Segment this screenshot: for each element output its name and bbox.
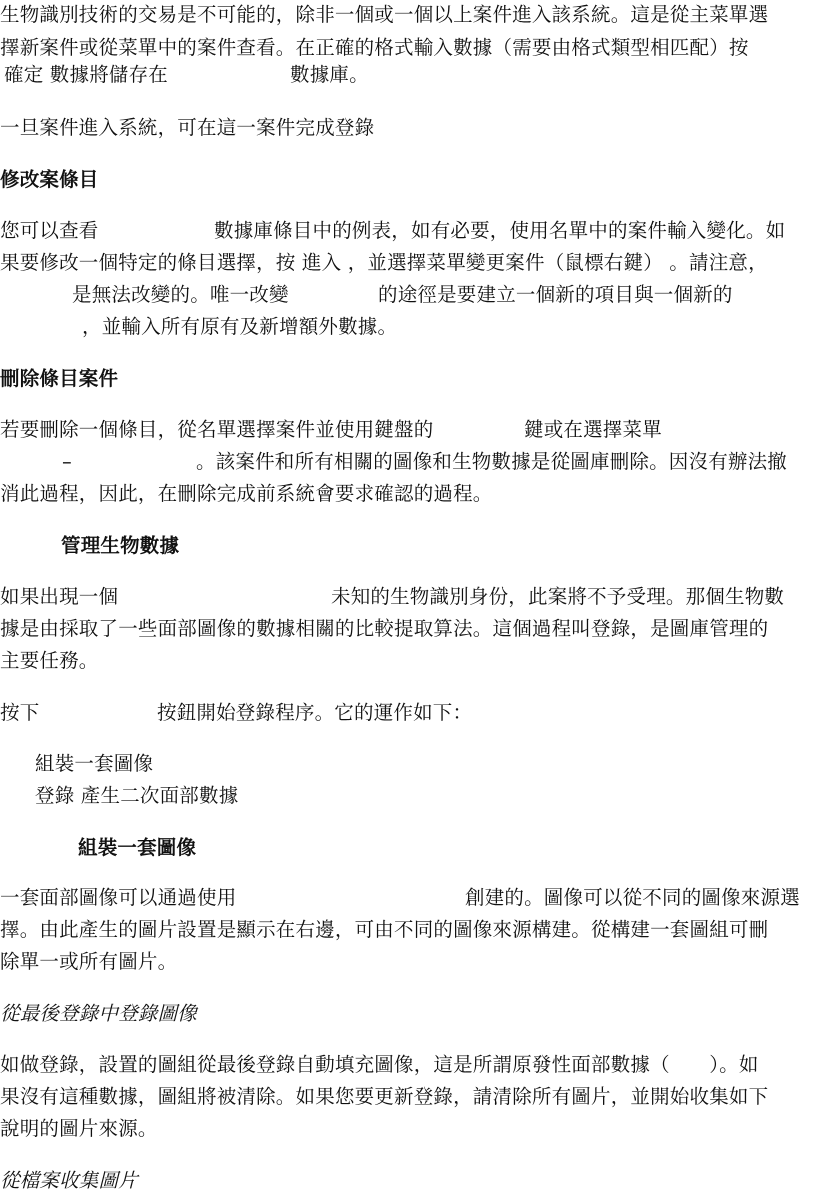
enroll-note: 一旦案件進入系統，可在這一案件完成登錄 (0, 116, 374, 140)
delete-line-3: 消此過程，因此，在刪除完成前系統會要求確認的過程。 (0, 482, 493, 506)
assemble-line-3: 除單一或所有圖片。 (0, 950, 177, 974)
delete-line-2-b: 。該案件和所有相關的圖像和生物數據是從圖庫刪除。因沒有辦法撤 (196, 450, 787, 474)
intro-line-3-b: 數據庫。 (290, 63, 369, 87)
manage-line-3: 主要任務。 (0, 649, 99, 673)
modify-line-1-b: 數據庫條目中的例表，如有必要，使用名單中的案件輸入變化。如 (214, 219, 785, 243)
modify-line-2: 果要修改一個特定的條目選擇，按 進入 ，並選擇菜單變更案件（鼠標右鍵） 。請注意… (0, 251, 768, 275)
delete-line-2-a: – (62, 450, 72, 474)
modify-line-4-text: ，並輸入所有原有及新增額外數據。 (82, 315, 397, 339)
heading-manage-text: 管理生物數據 (61, 534, 179, 558)
intro-line-2: 擇新案件或從菜單中的案件查看。在正確的格式輸入數據（需要由格式類型相匹配）按 (0, 36, 749, 60)
manage-line-1-a: 如果出現一個 (0, 585, 118, 609)
step-item-2-text: 登錄 產生二次面部數據 (35, 784, 238, 808)
assemble-line-1-b: 創建的。圖像可以從不同的圖像來源選 (465, 886, 800, 910)
step-item-1-text: 組裝一套圖像 (35, 752, 153, 776)
press-line-a: 按下 (0, 701, 39, 725)
last-enroll-line-3: 說明的圖片來源。 (0, 1117, 158, 1141)
last-enroll-line-1: 如做登錄，設置的圖組從最後登錄自動填充圖像，這是所謂原發性面部數據（ ）。如 (0, 1053, 759, 1077)
intro-line-3-a: 確定 數據將儲存在 (4, 63, 168, 87)
heading-delete: 刪除條目案件 (0, 367, 118, 391)
modify-line-1-a: 您可以查看 (0, 219, 99, 243)
heading-modify: 修改案條目 (0, 168, 99, 192)
heading-assemble-text: 組裝一套圖像 (78, 836, 196, 860)
last-enroll-line-2: 果沒有這種數據，圖組將被清除。如果您要更新登錄，請清除所有圖片，並開始收集如下 (0, 1085, 768, 1109)
delete-line-1-b: 鍵或在選擇菜單 (524, 418, 662, 442)
manage-line-2: 據是由採取了一些面部圖像的數據相關的比較提取算法。這個過程叫登錄，是圖庫管理的 (0, 617, 768, 641)
heading-from-file: 從檔案收集圖片 (0, 1169, 138, 1190)
intro-line-1: 生物識別技術的交易是不可能的，除非一個或一個以上案件進入該系統。這是從主菜單選 (0, 3, 768, 27)
press-line-b: 按鈕開始登錄程序。它的運作如下： (157, 701, 472, 725)
manage-line-1-b: 未知的生物識別身份，此案將不予受理。那個生物數 (331, 585, 784, 609)
delete-line-1-a: 若要刪除一個條目，從名單選擇案件並使用鍵盤的 (0, 418, 433, 442)
assemble-line-2: 擇。由此產生的圖片設置是顯示在右邊，可由不同的圖像來源構建。從構建一套圖組可刪 (0, 918, 768, 942)
assemble-line-1-a: 一套面部圖像可以通過使用 (0, 886, 236, 910)
modify-line-3-a: 是無法改變的。唯一改變 (72, 283, 289, 307)
modify-line-3-b: 的途徑是要建立一個新的項目與一個新的 (378, 283, 733, 307)
heading-last-enroll: 從最後登錄中登錄圖像 (0, 1002, 197, 1026)
